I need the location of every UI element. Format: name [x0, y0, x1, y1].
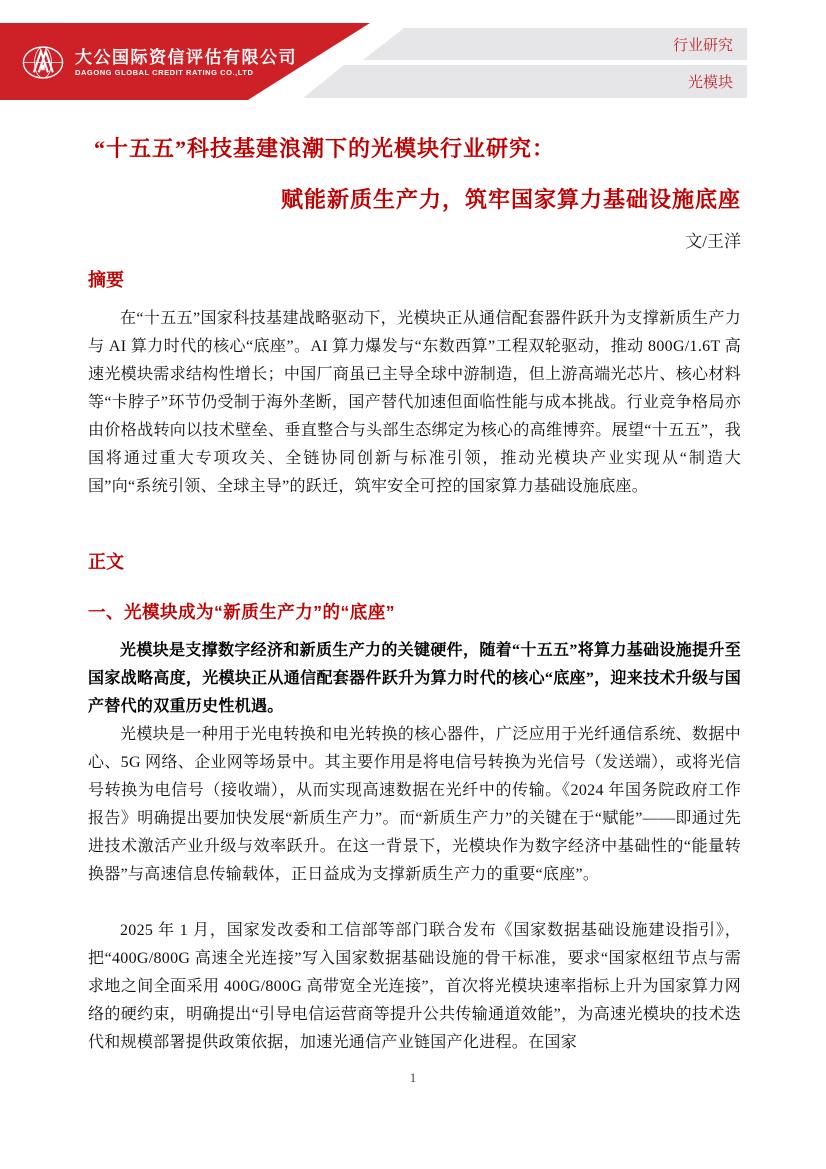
company-name-block: 大公国际资信评估有限公司 DAGONG GLOBAL CREDIT RATING… — [75, 48, 297, 78]
main-body-heading: 正文 — [88, 548, 741, 574]
dagong-globe-logo-icon — [22, 45, 64, 80]
section1-lead-paragraph: 光模块是支撑数字经济和新质生产力的关键硬件，随着“十五五”将算力基础设施提升至国… — [88, 637, 741, 721]
report-page: 大公国际资信评估有限公司 DAGONG GLOBAL CREDIT RATING… — [0, 0, 826, 1169]
report-title-line2: 赋能新质生产力，筑牢国家算力基础设施底座 — [88, 183, 741, 214]
header-banner: 大公国际资信评估有限公司 DAGONG GLOBAL CREDIT RATING… — [0, 23, 370, 100]
report-type-label: 行业研究 — [673, 34, 733, 55]
section1-paragraph2: 光模块是一种用于光电转换和电光转换的核心器件，广泛应用于光纤通信系统、数据中心、… — [88, 721, 741, 889]
report-topic-label: 光模块 — [688, 71, 733, 92]
company-name-en: DAGONG GLOBAL CREDIT RATING CO.,LTD — [75, 68, 297, 78]
report-type-tag: 行业研究 — [363, 28, 747, 60]
company-logo: 大公国际资信评估有限公司 DAGONG GLOBAL CREDIT RATING… — [22, 45, 297, 80]
author-byline: 文/王洋 — [88, 227, 741, 252]
abstract-paragraph: 在“十五五”国家科技基建战略驱动下，光模块正从通信配套器件跃升为支撑新质生产力与… — [88, 305, 741, 501]
report-topic-tag: 光模块 — [303, 65, 747, 98]
company-name-cn: 大公国际资信评估有限公司 — [75, 48, 297, 67]
page-number: 1 — [0, 1070, 826, 1086]
report-title-line1: “十五五”科技基建浪潮下的光模块行业研究： — [88, 132, 741, 163]
abstract-heading: 摘要 — [88, 266, 741, 292]
section1-heading: 一、光模块成为“新质生产力”的“底座” — [88, 599, 741, 624]
section1-paragraph3: 2025 年 1 月，国家发改委和工信部等部门联合发布《国家数据基础设施建设指引… — [88, 917, 741, 1057]
